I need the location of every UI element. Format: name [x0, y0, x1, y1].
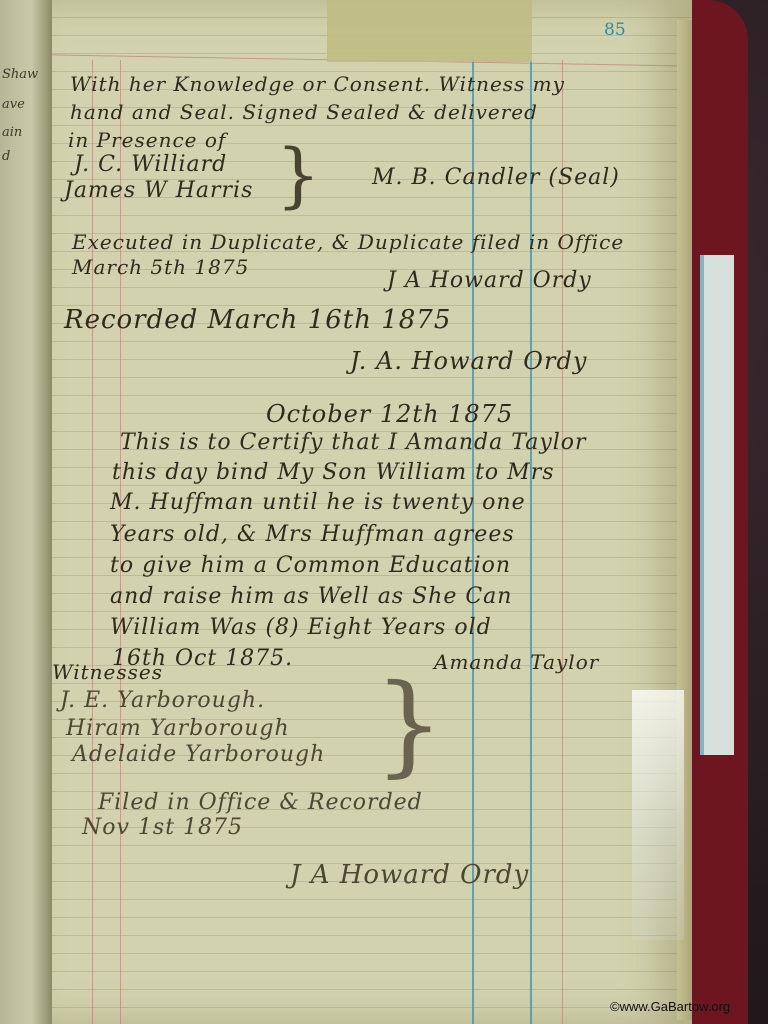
executed-line-1: Executed in Duplicate, & Duplicate filed… [72, 230, 624, 254]
entry2-body-line: this day bind My Son William to Mrs [112, 460, 555, 485]
witnesses-label: Witnesses [52, 660, 163, 684]
filed-line-2: Nov 1st 1875 [82, 815, 243, 840]
entry2-body-line: Years old, & Mrs Huffman agrees [110, 522, 515, 547]
column-rule [562, 60, 563, 1024]
left-facing-page: Shaw ave ain d [0, 0, 55, 1024]
left-page-fragment: ain [2, 126, 22, 139]
entry2-body-line: William Was (8) Eight Years old [110, 615, 492, 640]
witness-name: Hiram Yarborough [66, 716, 290, 741]
entry2-body-line: This is to Certify that I Amanda Taylor [120, 430, 587, 455]
left-page-fragment: ave [2, 98, 25, 111]
recorded-signature: J. A. Howard Ordy [350, 347, 587, 375]
witness-name: Adelaide Yarborough [72, 742, 325, 767]
ledger-page: 85 With her Knowledge or Consent. Witnes… [52, 0, 692, 1024]
entry2-body-line: to give him a Common Education [110, 553, 511, 578]
recorded-line: Recorded March 16th 1875 [64, 305, 451, 335]
executed-signature: J A Howard Ordy [387, 268, 592, 293]
brace-icon: } [374, 660, 444, 788]
entry1-witness-2: James W Harris [64, 178, 253, 203]
brace-icon: } [276, 134, 321, 216]
tape-patch [327, 0, 532, 62]
entry2-date: October 12th 1875 [266, 400, 513, 428]
entry1-signer: M. B. Candler (Seal) [372, 165, 620, 190]
entry1-line1: With her Knowledge or Consent. Witness m… [70, 72, 565, 96]
page-edge-stack [700, 255, 734, 755]
entry2-body-line: and raise him as Well as She Can [110, 584, 512, 609]
filed-line-1: Filed in Office & Recorded [98, 790, 423, 815]
entry1-witness-1: J. C. Williard [74, 152, 227, 177]
light-glare [632, 690, 684, 940]
copyright-watermark: ©www.GaBartow.org [610, 999, 730, 1014]
witness-name: J. E. Yarborough. [60, 688, 265, 713]
executed-line-2: March 5th 1875 [72, 255, 249, 279]
filed-signature: J A Howard Ordy [290, 860, 529, 890]
entry2-body-line: M. Huffman until he is twenty one [110, 490, 526, 515]
page-number: 85 [604, 20, 626, 40]
margin-rule [92, 60, 93, 1024]
left-page-fragment: d [2, 150, 10, 163]
column-rule [530, 60, 532, 1024]
entry2-signer: Amanda Taylor [434, 650, 599, 674]
left-page-fragment: Shaw [2, 68, 38, 81]
entry1-line3: in Presence of [68, 128, 226, 152]
entry1-line2: hand and Seal. Signed Sealed & delivered [70, 100, 538, 124]
